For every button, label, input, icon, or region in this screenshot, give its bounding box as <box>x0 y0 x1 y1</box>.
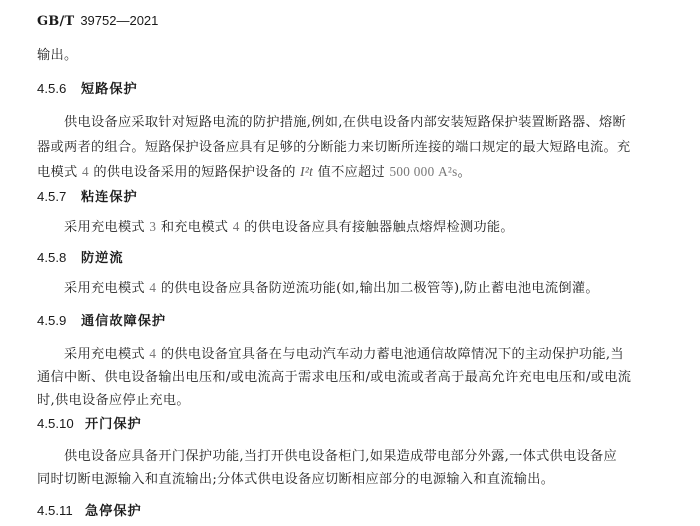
section-heading-4-5-10: 4.5.10开门保护 <box>37 413 142 432</box>
section-heading-4-5-6: 4.5.6短路保护 <box>37 78 138 97</box>
paragraph-line: 采用充电模式 3 和充电模式 4 的供电设备应具有接触器触点熔焊检测功能。 <box>64 216 514 235</box>
section-number: 4.5.10 <box>37 416 85 431</box>
page-header: GB/T39752—2021 <box>37 13 158 29</box>
section-title: 粘连保护 <box>81 190 138 205</box>
section-title: 开门保护 <box>85 417 142 432</box>
document-page: GB/T39752—2021 输出。 4.5.6短路保护 供电设备应采取针对短路… <box>0 0 700 526</box>
section-title: 防逆流 <box>81 251 124 266</box>
paragraph-line: 时,供电设备应停止充电。 <box>37 389 190 408</box>
section-title: 短路保护 <box>81 82 138 97</box>
mode-number: 4 <box>233 219 240 234</box>
text-span: 的供电设备采用的短路保护设备的 <box>89 165 300 180</box>
paragraph-line: 供电设备应具备开门保护功能,当打开供电设备柜门,如果造成带电部分外露,一体式供电… <box>64 445 617 464</box>
text-span: 和充电模式 <box>156 220 232 235</box>
paragraph-line: 供电设备应采取针对短路电流的防护措施,例如,在供电设备内部安装短路保护装置断路器… <box>64 111 626 130</box>
section-number: 4.5.9 <box>37 313 81 328</box>
text-span: 。 <box>458 165 472 180</box>
paragraph-line: 电模式 4 的供电设备采用的短路保护设备的 I²t 值不应超过 500 000 … <box>37 161 471 180</box>
paragraph-line: 采用充电模式 4 的供电设备宜具备在与电动汽车动力蓄电池通信故障情况下的主动保护… <box>64 343 624 362</box>
text-span: 采用充电模式 <box>64 347 149 362</box>
section-heading-4-5-7: 4.5.7粘连保护 <box>37 186 138 205</box>
standard-number: 39752—2021 <box>80 13 158 28</box>
section-heading-4-5-9: 4.5.9通信故障保护 <box>37 310 166 329</box>
text-span: 电模式 <box>37 165 82 180</box>
section-number: 4.5.7 <box>37 189 81 204</box>
text-span: 采用充电模式 <box>64 281 149 296</box>
section-number: 4.5.8 <box>37 250 81 265</box>
paragraph-line: 器或两者的组合。短路保护设备应具有足够的分断能力来切断所连接的端口规定的最大短路… <box>37 136 630 155</box>
text-span: 值不应超过 <box>313 165 389 180</box>
text-span: 的供电设备应具有接触器触点熔焊检测功能。 <box>240 220 514 235</box>
text-span: 采用充电模式 <box>64 220 149 235</box>
section-heading-4-5-8: 4.5.8防逆流 <box>37 247 124 266</box>
paragraph-line: 通信中断、供电设备输出电压和/或电流高于需求电压和/或电流或者高于最高允许充电电… <box>37 366 631 385</box>
mode-number: 4 <box>82 164 89 179</box>
section-title: 急停保护 <box>85 504 142 519</box>
standard-prefix: GB/T <box>37 14 74 29</box>
section-heading-4-5-11: 4.5.11急停保护 <box>37 500 142 519</box>
limit-value: 500 000 A²s <box>390 164 458 179</box>
section-number: 4.5.6 <box>37 81 81 96</box>
section-number: 4.5.11 <box>37 503 85 518</box>
formula: I²t <box>300 164 313 179</box>
text-span: 的供电设备宜具备在与电动汽车动力蓄电池通信故障情况下的主动保护功能,当 <box>156 347 624 362</box>
section-title: 通信故障保护 <box>81 314 166 329</box>
text-span: 的供电设备应具备防逆流功能(如,输出加二极管等),防止蓄电池电流倒灌。 <box>156 281 598 296</box>
paragraph-line: 同时切断电源输入和直流输出;分体式供电设备应切断相应部分的电源输入和直流输出。 <box>37 468 554 487</box>
continuation-text: 输出。 <box>37 44 77 63</box>
paragraph-line: 采用充电模式 4 的供电设备应具备防逆流功能(如,输出加二极管等),防止蓄电池电… <box>64 277 599 296</box>
